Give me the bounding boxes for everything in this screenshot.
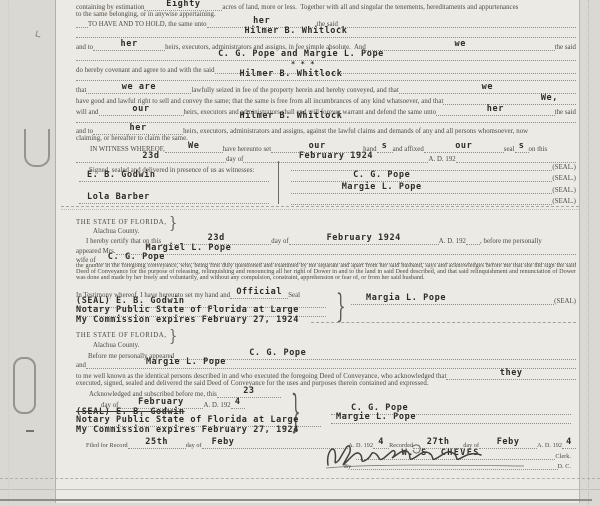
grantors-fill: C. G. Pope and Margie L. Pope bbox=[76, 50, 576, 61]
county-line-1: Alachua County. bbox=[93, 226, 139, 235]
page-edge-line bbox=[0, 499, 592, 501]
witness-fill: E. B. Godwin bbox=[79, 171, 269, 182]
typed-s: s bbox=[382, 141, 388, 151]
typed-notary-public: Notary Public State of Florida at Large bbox=[76, 415, 299, 425]
seal-label: (SEAL.) bbox=[552, 175, 576, 182]
binder-hole-icon bbox=[24, 129, 50, 167]
printed-state: THE STATE OF FLORIDA, bbox=[76, 219, 167, 226]
line-seized: that we are lawfully seized in fee of th… bbox=[76, 85, 576, 94]
line-grantee-name-3: Hilmer B. Whitlock bbox=[76, 114, 576, 123]
signature-fill: Margie L. Pope bbox=[291, 183, 552, 194]
executed-line: executed, signed, sealed and delivered t… bbox=[76, 378, 576, 387]
signature-fill bbox=[291, 204, 552, 205]
typed-day: 23d bbox=[208, 233, 225, 243]
typed-month: February bbox=[138, 397, 184, 407]
dower-paragraph: the grantor in the foregoing conveyance,… bbox=[76, 263, 576, 281]
typed-witness-godwin: E. B. Godwin bbox=[87, 170, 156, 180]
typed-we: we bbox=[455, 39, 466, 49]
signature-fill: Margie L. Pope bbox=[331, 413, 571, 424]
brace-icon: } bbox=[169, 327, 177, 346]
grantee-fill: Hilmer B. Whitlock bbox=[76, 70, 576, 81]
printed-text: seal bbox=[504, 146, 515, 153]
witness-2: Lola Barber bbox=[79, 195, 269, 204]
state-heading-1: THE STATE OF FLORIDA, bbox=[76, 217, 167, 226]
typed-s: s bbox=[519, 141, 525, 151]
fill: 4 bbox=[562, 438, 576, 449]
typed-margie: Margie L. Pope bbox=[146, 357, 226, 367]
typed-grantee: Hilmer B. Whitlock bbox=[245, 26, 348, 36]
line-grantors-name: C. G. Pope and Margie L. Pope bbox=[76, 52, 576, 61]
witness-fill: Lola Barber bbox=[79, 193, 269, 204]
county-line-2: Alachua County. bbox=[93, 340, 139, 349]
section-divider-2 bbox=[61, 209, 579, 210]
fill-we-are: we are bbox=[86, 83, 191, 94]
typed-year: 4 bbox=[235, 397, 241, 407]
handwritten-signature bbox=[324, 441, 529, 471]
seal-line-4: (SEAL.) bbox=[291, 196, 576, 205]
line-grantee-name-2: Hilmer B. Whitlock bbox=[76, 72, 576, 81]
fill: 25th bbox=[128, 438, 186, 449]
page-edge-line bbox=[0, 489, 600, 490]
typed-signature-margie: Margie L. Pope bbox=[336, 412, 416, 422]
scan-mark bbox=[26, 430, 34, 432]
line-grantee-name: Hilmer B. Whitlock bbox=[76, 29, 576, 38]
printed-county: Alachua County. bbox=[93, 342, 139, 349]
typed-her: her bbox=[253, 16, 270, 26]
state-heading-2: THE STATE OF FLORIDA, bbox=[76, 330, 167, 339]
binder-hole-icon bbox=[13, 357, 36, 414]
acknowledged-line: Acknowledged and subscribed before me, t… bbox=[89, 389, 281, 398]
fill-day: 23 bbox=[217, 387, 281, 398]
seal-label: (SEAL.) bbox=[552, 187, 576, 194]
seal-line-2: C. G. Pope (SEAL.) bbox=[291, 173, 576, 182]
printed-text: day of bbox=[226, 156, 243, 163]
printed-text: and bbox=[76, 362, 86, 369]
typed-acreage: Eighty bbox=[166, 0, 200, 9]
typed-month-year: February 1924 bbox=[327, 233, 401, 243]
typed-commission: My Commission expires February 27, 1924 bbox=[76, 425, 299, 435]
typed-her: her bbox=[121, 39, 138, 49]
typed-day: 23d bbox=[142, 151, 159, 161]
line-appertaining: to the same belonging, or in anywise app… bbox=[76, 9, 576, 18]
printed-text: to the same belonging, or in anywise app… bbox=[76, 11, 216, 18]
typed-we-are: we are bbox=[122, 82, 156, 92]
fill-s: s bbox=[515, 142, 529, 153]
fill-our: our bbox=[424, 142, 504, 153]
printed-text: on this bbox=[529, 146, 548, 153]
typed-filed-day: 25th bbox=[145, 437, 168, 447]
typed-year: 4 bbox=[566, 437, 572, 447]
scan-mark bbox=[35, 30, 41, 37]
typed-day: 23 bbox=[243, 386, 254, 396]
seal-line-1: (SEAL.) bbox=[291, 162, 576, 171]
printed-text: A. D. 192 bbox=[203, 402, 230, 409]
printed-text: have good and lawful right to sell and c… bbox=[76, 98, 443, 105]
seal-label: (SEAL.) bbox=[552, 164, 576, 171]
printed-state: THE STATE OF FLORIDA, bbox=[76, 332, 167, 339]
typed-we: We bbox=[188, 141, 199, 151]
document-page: containing by estimation Eighty acres of… bbox=[55, 0, 580, 503]
notary2-sig-2: Margie L. Pope bbox=[331, 415, 571, 424]
clerk-label: Clerk. bbox=[555, 453, 571, 460]
page-edge-line bbox=[0, 478, 600, 479]
typed-signature-margia: Margia L. Pope bbox=[366, 293, 446, 303]
typed-grantee: Hilmer B. Whitlock bbox=[240, 69, 343, 79]
margin-streak bbox=[8, 0, 9, 506]
notary1-signature-line: Margia L. Pope (SEAL) bbox=[351, 296, 576, 305]
fill-we2: We, bbox=[443, 94, 576, 105]
commission-line-1: My Commission expires February 27, 1924 bbox=[76, 317, 299, 326]
typed-cgpope: C. G. Pope bbox=[249, 348, 306, 358]
printed-text: A. D. 192 bbox=[537, 442, 562, 449]
grantee-fill: Hilmer B. Whitlock bbox=[76, 112, 576, 123]
printed-text: lawfully seized in fee of the property h… bbox=[191, 87, 398, 94]
typed-our: our bbox=[455, 141, 472, 151]
witness-divider-bracket bbox=[278, 161, 279, 204]
typed-commission: My Commission expires February 27, 1924 bbox=[76, 315, 299, 325]
printed-county: Alachua County. bbox=[93, 228, 139, 235]
typed-they: they bbox=[500, 368, 523, 378]
seal-label: (SEAL) bbox=[554, 298, 576, 305]
printed-text: Filed for Record bbox=[86, 442, 128, 449]
typed-her: her bbox=[130, 123, 147, 133]
brace-icon: } bbox=[169, 214, 177, 233]
section-divider bbox=[61, 206, 579, 207]
line-claiming: claiming, or hereafter to claim the same… bbox=[76, 133, 576, 142]
typed-we: we bbox=[482, 82, 493, 92]
typed-grantee: Hilmer B. Whitlock bbox=[240, 111, 343, 121]
brace-icon: } bbox=[336, 286, 346, 326]
seal-label: (SEAL.) bbox=[552, 198, 576, 205]
trailing-rule bbox=[311, 322, 576, 323]
grantee-fill: Hilmer B. Whitlock bbox=[76, 27, 576, 38]
typed-cgpope: C. G. Pope bbox=[108, 252, 165, 262]
typed-we: We, bbox=[541, 93, 558, 103]
typed-signature-margie: Margie L. Pope bbox=[342, 182, 422, 192]
typed-grantors: C. G. Pope and Margie L. Pope bbox=[218, 49, 384, 59]
printed-text: day of bbox=[186, 442, 202, 449]
scanned-deed-document: { "colors":{"paper":"#eceae4","margin":"… bbox=[0, 0, 600, 506]
signature-fill: Margia L. Pope bbox=[351, 294, 554, 305]
signature-fill: C. G. Pope bbox=[291, 171, 552, 182]
typed-notary-public: Notary Public State of Florida at Large bbox=[76, 305, 299, 315]
typed-our: our bbox=[309, 141, 326, 151]
fill-day: 23d bbox=[76, 152, 226, 163]
witness-1: E. B. Godwin bbox=[79, 173, 269, 182]
typed-filed-month: Feby bbox=[212, 437, 235, 447]
commission-line-2: My Commission expires February 27, 1924 bbox=[76, 427, 299, 436]
typed-signature-cgpope: C. G. Pope bbox=[353, 170, 410, 180]
typed-official: Official bbox=[236, 287, 282, 297]
seal-line-3: Margie L. Pope (SEAL.) bbox=[291, 185, 576, 194]
printed-text: claiming, or hereafter to claim the same… bbox=[76, 135, 188, 142]
typed-witness-barber: Lola Barber bbox=[87, 192, 150, 202]
fill-year: 4 bbox=[231, 398, 245, 409]
deputy-label: D. C. bbox=[558, 463, 572, 470]
printed-text: that bbox=[76, 87, 86, 94]
margin-streak bbox=[588, 0, 589, 506]
typed-month-year: February 1924 bbox=[299, 151, 373, 161]
